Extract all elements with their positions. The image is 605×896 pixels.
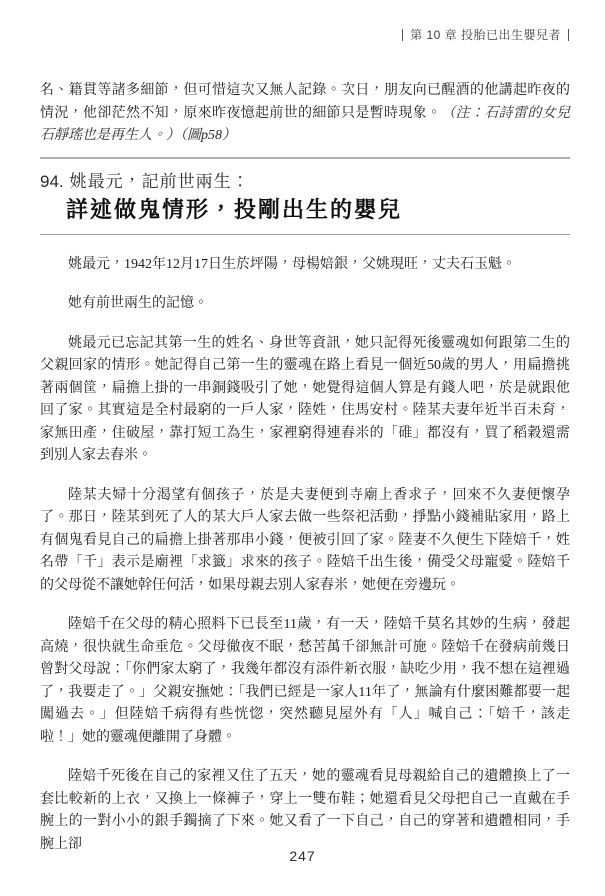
header-rule-right [568,29,569,41]
paragraph-illness: 陸婄千在父母的精心照料下已長至11歲，有一天，陸婄千莫名其妙的生病，發起高燒，很… [40,614,570,749]
section-title-text: 姚最元，記前世兩生： [70,170,250,193]
paragraph-first-life: 姚最元已忘記其第一生的姓名、身世等資訊，她只記得死後靈魂如何跟第二生的父親回家的… [40,333,570,468]
page-number: 247 [0,848,605,864]
running-header: 第 10 章 投胎已出生嬰兒者 [402,27,569,43]
section-title-line: 94. 姚最元，記前世兩生： [40,170,570,193]
section-heading: 94. 姚最元，記前世兩生： 詳述做鬼情形，投剛出生的嬰兒 [40,157,570,235]
paragraph-after-death: 陸婄千死後在自己的家裡又住了五天，她的靈魂看見母親給自己的遺體換上了一套比較新的… [40,766,570,856]
book-page: 第 10 章 投胎已出生嬰兒者 名、籍貫等諸多細節，但可惜這次又無人記錄。次日，… [0,0,605,896]
header-rule-left [402,29,403,41]
text-column: 名、籍貫等諸多細節，但可惜這次又無人記錄。次日，朋友向已醒酒的他講起昨夜的情況，… [40,80,570,873]
paragraph-lu-family: 陸某夫婦十分渴望有個孩子，於是夫妻便到寺廟上香求子，回來不久妻便懷孕了。那日，陸… [40,485,570,598]
chapter-title: 第 10 章 投胎已出生嬰兒者 [410,27,561,43]
paragraph-birth-info: 姚最元，1942年12月17日生於坪陽，母楊婄銀，父姚現旺，丈夫石玉魁。 [40,254,570,277]
paragraph-memory-statement: 她有前世兩生的記憶。 [40,293,570,316]
continuation-paragraph: 名、籍貫等諸多細節，但可惜這次又無人記錄。次日，朋友向已醒酒的他講起昨夜的情況，… [40,80,570,148]
section-number: 94. [40,170,64,193]
section-subtitle: 詳述做鬼情形，投剛出生的嬰兒 [40,195,570,224]
